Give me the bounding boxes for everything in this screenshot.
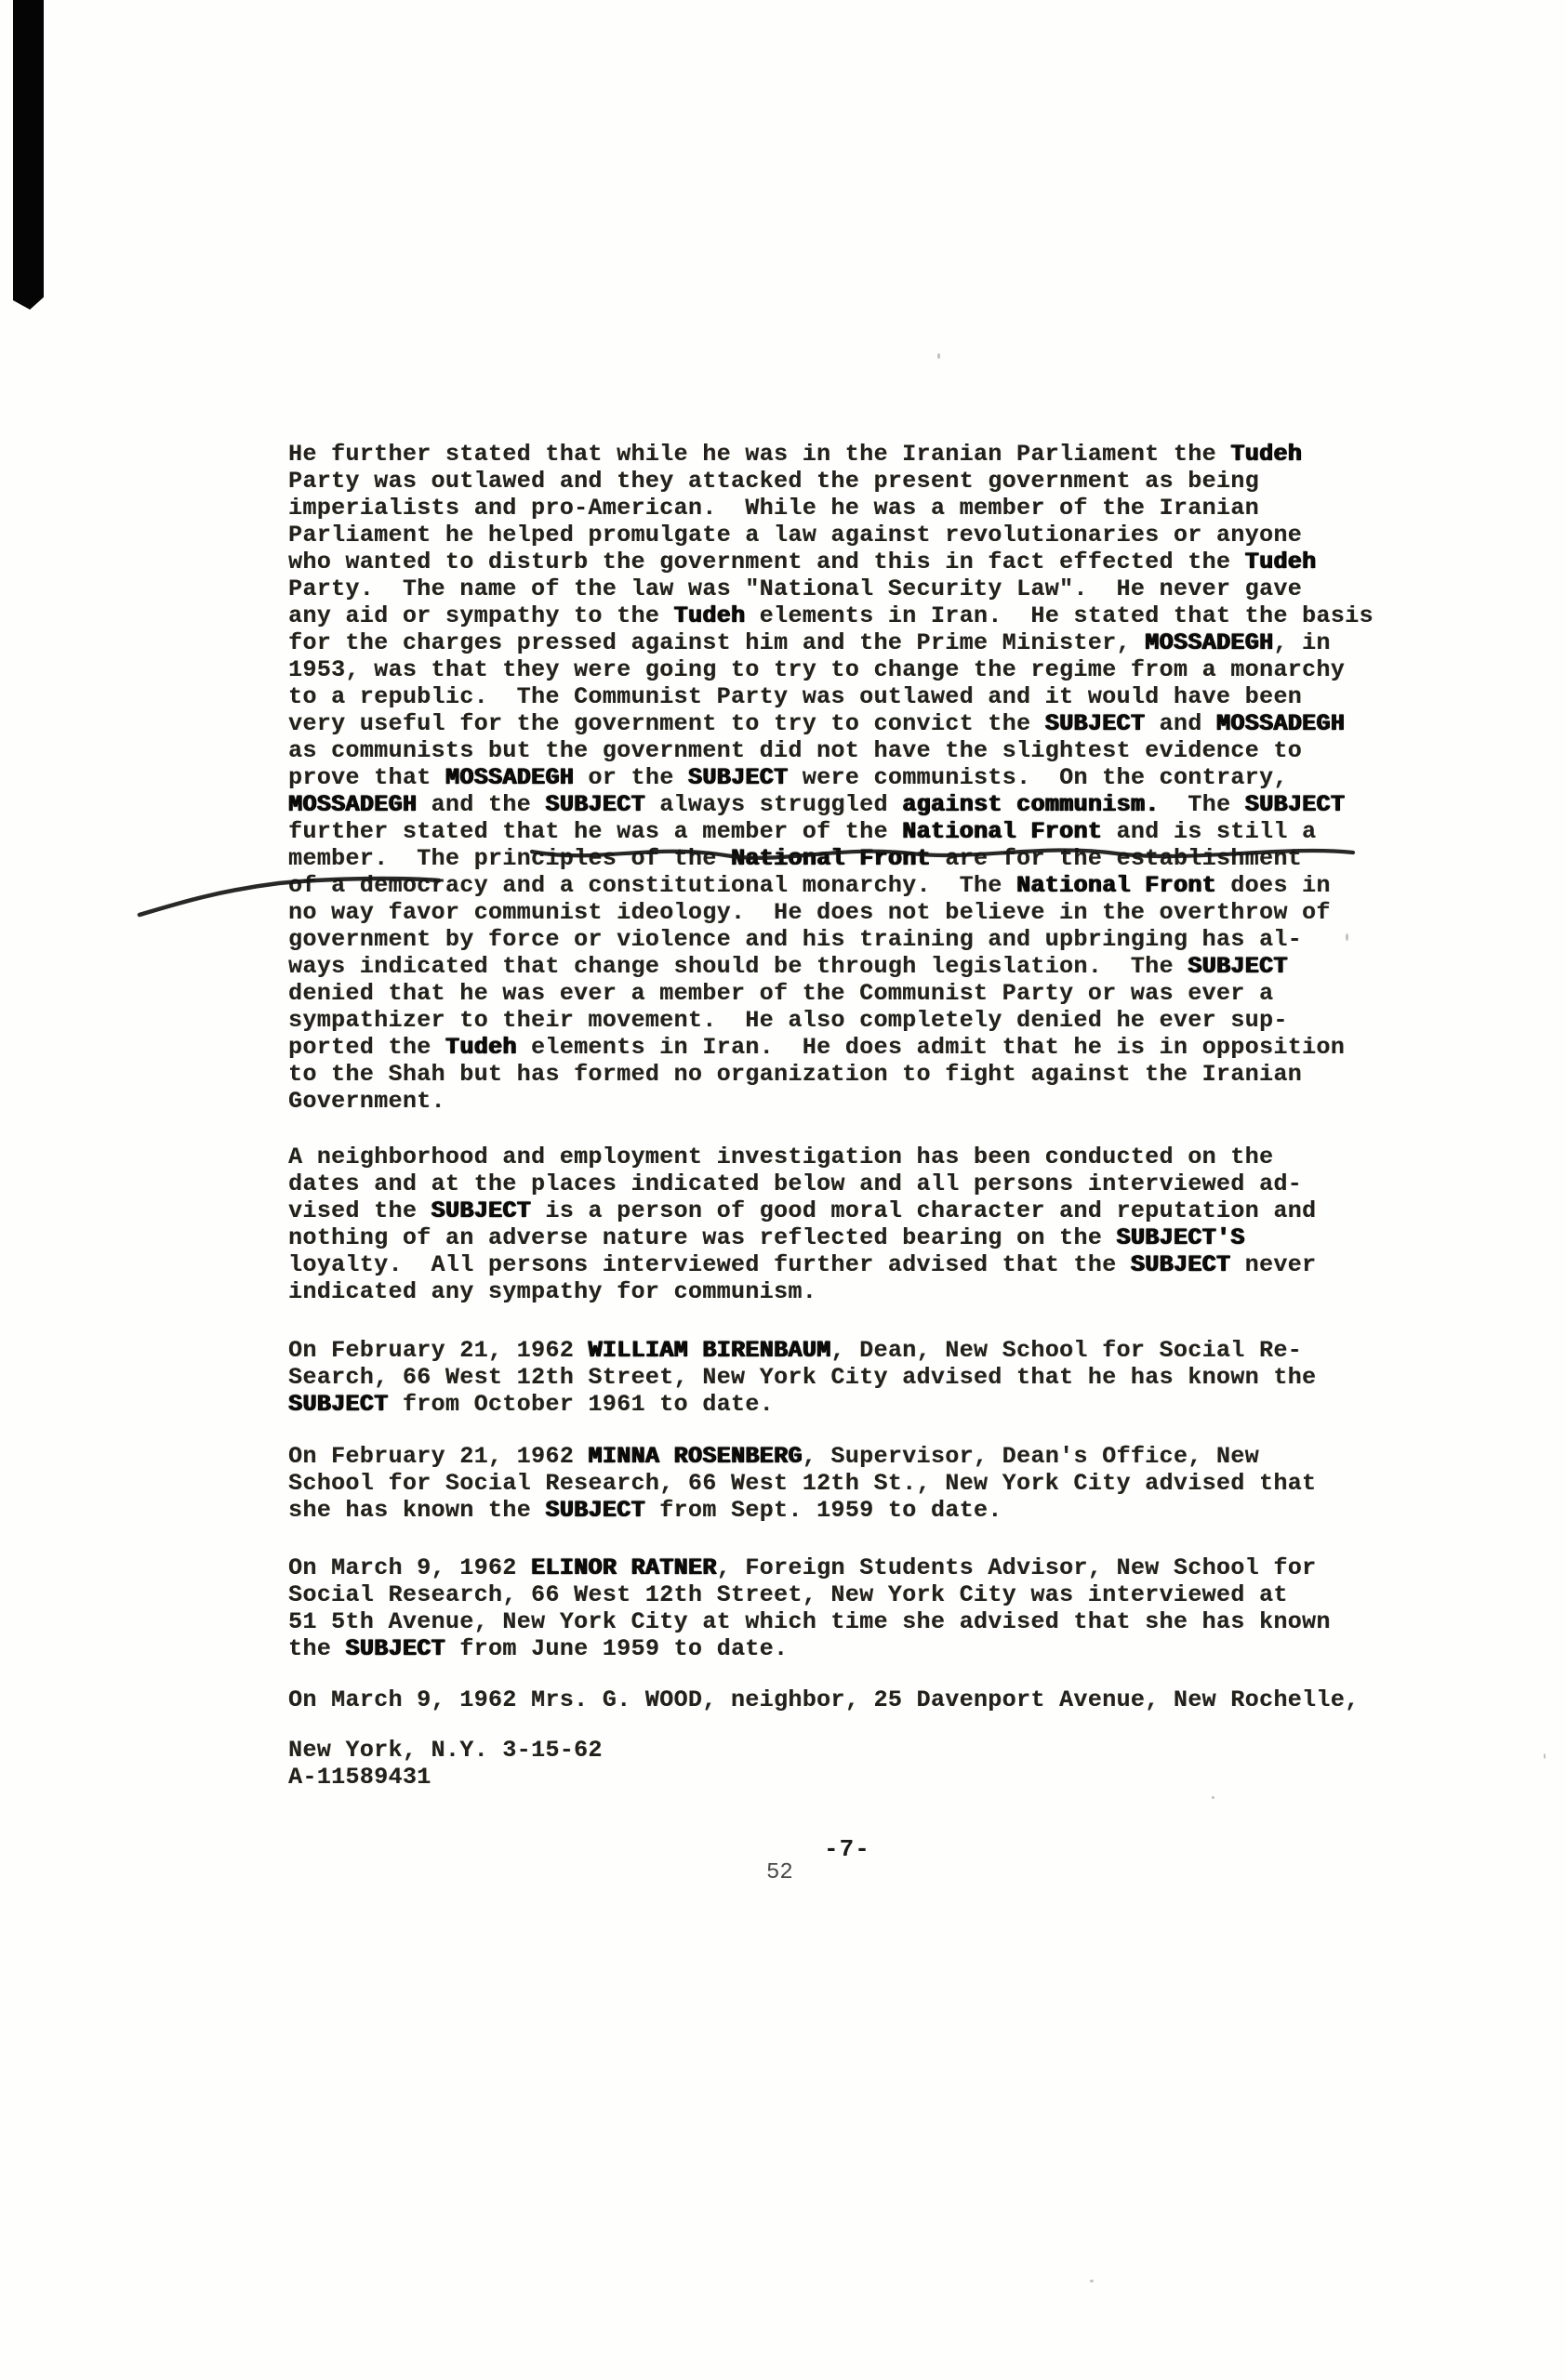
text-line: He further stated that while he was in t… — [288, 441, 1460, 468]
text-line: no way favor communist ideology. He does… — [288, 899, 1460, 926]
text-line: Party was outlawed and they attacked the… — [288, 468, 1460, 495]
text-line: 51 5th Avenue, New York City at which ti… — [288, 1608, 1460, 1635]
text-line: A neighborhood and employment investigat… — [288, 1144, 1460, 1170]
text-line: On February 21, 1962 MINNA ROSENBERG, Su… — [288, 1443, 1460, 1470]
scan-speck — [937, 353, 940, 359]
text-line: A-11589431 — [288, 1764, 1460, 1791]
text-line: for the charges pressed against him and … — [288, 629, 1460, 656]
paragraph-1: He further stated that while he was in t… — [288, 441, 1460, 1115]
text-line: Parliament he helped promulgate a law ag… — [288, 522, 1460, 549]
text-line: Party. The name of the law was "National… — [288, 575, 1460, 602]
text-line: to a republic. The Communist Party was o… — [288, 683, 1460, 710]
text-line: denied that he was ever a member of the … — [288, 980, 1460, 1007]
text-line: nothing of an adverse nature was reflect… — [288, 1224, 1460, 1251]
paragraph-4: On February 21, 1962 MINNA ROSENBERG, Su… — [288, 1443, 1460, 1524]
page-number: -7- — [824, 1835, 870, 1863]
text-line: further stated that he was a member of t… — [288, 818, 1460, 845]
text-line: ported the Tudeh elements in Iran. He do… — [288, 1034, 1460, 1061]
text-line: On February 21, 1962 WILLIAM BIRENBAUM, … — [288, 1337, 1460, 1364]
text-line: imperialists and pro-American. While he … — [288, 495, 1460, 522]
text-line: New York, N.Y. 3-15-62 — [288, 1737, 1460, 1764]
text-line: Social Research, 66 West 12th Street, Ne… — [288, 1581, 1460, 1608]
document-text-block: He further stated that while he was in t… — [288, 441, 1460, 1791]
text-line: of a democracy and a constitutional mona… — [288, 872, 1460, 899]
text-line: the SUBJECT from June 1959 to date. — [288, 1635, 1460, 1662]
text-line: member. The principles of the National F… — [288, 845, 1460, 872]
text-line: On March 9, 1962 Mrs. G. WOOD, neighbor,… — [288, 1686, 1460, 1713]
scan-speck — [1544, 1753, 1546, 1759]
paragraph-7: New York, N.Y. 3-15-62A-11589431 — [288, 1737, 1460, 1791]
text-line: MOSSADEGH and the SUBJECT always struggl… — [288, 791, 1460, 818]
text-line: Search, 66 West 12th Street, New York Ci… — [288, 1364, 1460, 1391]
stamp-number: 52 — [766, 1860, 793, 1885]
text-line: On March 9, 1962 ELINOR RATNER, Foreign … — [288, 1554, 1460, 1581]
text-line: ways indicated that change should be thr… — [288, 953, 1460, 980]
text-line: who wanted to disturb the government and… — [288, 549, 1460, 575]
text-line: to the Shah but has formed no organizati… — [288, 1061, 1460, 1088]
paragraph-6: On March 9, 1962 Mrs. G. WOOD, neighbor,… — [288, 1686, 1460, 1713]
text-line: sympathizer to their movement. He also c… — [288, 1007, 1460, 1034]
scan-artifact-black-bar — [13, 0, 44, 310]
text-line: government by force or violence and his … — [288, 926, 1460, 953]
paragraph-2: A neighborhood and employment investigat… — [288, 1144, 1460, 1305]
paragraph-5: On March 9, 1962 ELINOR RATNER, Foreign … — [288, 1554, 1460, 1662]
paragraph-3: On February 21, 1962 WILLIAM BIRENBAUM, … — [288, 1337, 1460, 1418]
text-line: vised the SUBJECT is a person of good mo… — [288, 1197, 1460, 1224]
text-line: loyalty. All persons interviewed further… — [288, 1251, 1460, 1278]
text-line: School for Social Research, 66 West 12th… — [288, 1470, 1460, 1497]
text-line: indicated any sympathy for communism. — [288, 1278, 1460, 1305]
text-line: very useful for the government to try to… — [288, 710, 1460, 737]
text-line: prove that MOSSADEGH or the SUBJECT were… — [288, 764, 1460, 791]
text-line: Government. — [288, 1088, 1460, 1115]
text-line: 1953, was that they were going to try to… — [288, 656, 1460, 683]
text-line: SUBJECT from October 1961 to date. — [288, 1391, 1460, 1418]
text-line: as communists but the government did not… — [288, 737, 1460, 764]
text-line: dates and at the places indicated below … — [288, 1170, 1460, 1197]
text-line: any aid or sympathy to the Tudeh element… — [288, 602, 1460, 629]
text-line: she has known the SUBJECT from Sept. 195… — [288, 1497, 1460, 1524]
scan-speck — [1212, 1796, 1214, 1799]
scan-speck — [1090, 2280, 1094, 2282]
scanned-document-page: He further stated that while he was in t… — [0, 0, 1566, 2380]
